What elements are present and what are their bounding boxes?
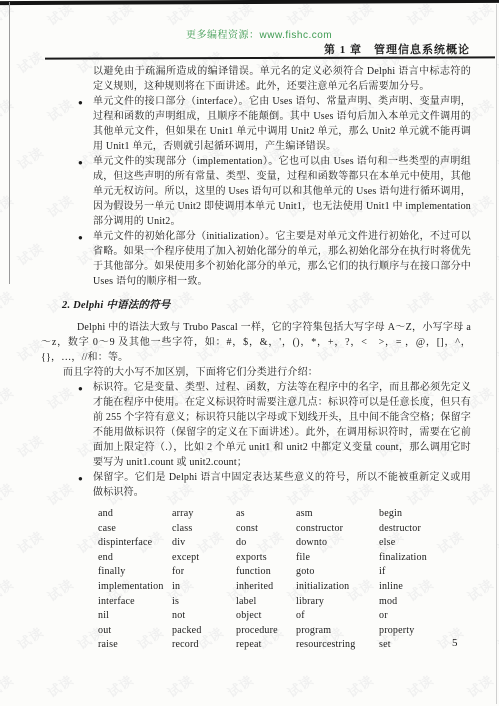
reserved-word-cell: or	[379, 609, 471, 624]
reserved-word-cell: finalization	[379, 551, 471, 566]
reserved-word-cell: of	[296, 609, 379, 624]
reserved-word-cell: and	[98, 507, 172, 522]
list-item-text: 保留字。它们是 Delphi 语言中固定表达某些意义的符号，所以不能被重新定义或…	[93, 472, 471, 498]
reserved-word-cell: packed	[172, 624, 236, 639]
watermark-stamp: 试读	[403, 0, 437, 29]
chapter-header: 第 1 章 管理信息系统概论	[324, 41, 470, 57]
watermark-stamp: 试读	[223, 670, 257, 702]
reserved-word-cell: constructor	[296, 522, 379, 537]
reserved-word-cell: inline	[379, 580, 471, 595]
list-item-text: 单元文件的接口部分（interface）。它由 Uses 语句、常量声明、类声明…	[93, 96, 471, 152]
reserved-word-cell: case	[98, 522, 172, 537]
reserved-word-cell: implementation	[98, 580, 172, 595]
scanned-document-page: 试读试读试读试读试读试读试读试读试读试读试读试读试读试读试读试读试读试读试读试读…	[0, 0, 499, 706]
bullet-icon: ●	[78, 155, 83, 170]
reserved-word-cell: record	[172, 638, 236, 653]
reserved-word-cell: raise	[98, 638, 172, 653]
list-item: ● 单元文件的实现部分（implementation）。它也可以由 Uses 语…	[41, 154, 471, 229]
watermark-stamp: 试读	[163, 670, 197, 702]
reserved-word-cell: downto	[296, 536, 379, 551]
list-item-text: 单元文件的初始化部分（initialization）。它主要是对单元文件进行初始…	[93, 231, 471, 287]
watermark-stamp: 试读	[43, 670, 77, 702]
bullet-icon: ●	[78, 381, 83, 396]
bullet-icon: ●	[78, 471, 83, 486]
watermark-stamp: 试读	[163, 0, 197, 29]
watermark-stamp: 试读	[463, 670, 497, 702]
bullet-icon: ●	[78, 95, 83, 110]
reserved-word-cell: function	[236, 565, 296, 580]
reserved-word-cell: initialization	[296, 580, 379, 595]
reserved-word-cell: object	[236, 609, 296, 624]
watermark-stamp: 试读	[223, 0, 257, 29]
watermark-stamp: 试读	[0, 382, 17, 414]
reserved-word-cell: begin	[379, 507, 471, 522]
reserved-word-cell: for	[172, 565, 236, 580]
reserved-word-cell: div	[172, 536, 236, 551]
reserved-word-cell: const	[236, 522, 296, 537]
bullet-icon: ●	[78, 230, 83, 245]
paragraph-continuation: 以避免由于疏漏所造成的编译错误。单元名的定义必须符合 Delphi 语言中标志符…	[93, 64, 471, 94]
paragraph: 而且字符的大小写不加区别，下面将它们分类进行介绍：	[41, 365, 471, 380]
reserved-word-cell: file	[296, 551, 379, 566]
reserved-word-cell: if	[379, 565, 471, 580]
watermark-stamp: 试读	[0, 478, 17, 510]
reserved-word-cell: as	[236, 507, 296, 522]
reserved-word-cell: else	[379, 536, 471, 551]
header-rule	[45, 56, 495, 59]
list-item: ● 标识符。它是变量、类型、过程、函数，方法等在程序中的名字，而且都必须先定义才…	[41, 380, 471, 470]
watermark-stamp: 试读	[0, 574, 17, 606]
watermark-stamp: 试读	[343, 670, 377, 702]
reserved-word-cell: interface	[98, 595, 172, 610]
reserved-word-cell: procedure	[236, 624, 296, 639]
list-item: ● 单元文件的接口部分（interface）。它由 Uses 语句、常量声明、类…	[41, 94, 471, 154]
reserved-word-cell: asm	[296, 507, 379, 522]
scan-left-edge	[9, 2, 10, 284]
watermark-stamp: 试读	[283, 0, 317, 29]
body-text: 以避免由于疏漏所造成的编译错误。单元名的定义必须符合 Delphi 语言中标志符…	[41, 64, 471, 653]
list-item: ● 保留字。它们是 Delphi 语言中固定表达某些意义的符号，所以不能被重新定…	[41, 470, 471, 500]
reserved-word-cell: resourcestring	[296, 638, 379, 653]
reserved-word-cell: is	[172, 595, 236, 610]
watermark-stamp: 试读	[463, 0, 497, 29]
promo-link: 更多编程资源：www.fishc.com	[186, 26, 332, 41]
reserved-word-cell: library	[296, 595, 379, 610]
reserved-word-cell: out	[98, 624, 172, 639]
reserved-word-cell: except	[172, 551, 236, 566]
reserved-word-cell: class	[172, 522, 236, 537]
watermark-stamp: 试读	[283, 670, 317, 702]
reserved-word-cell: repeat	[236, 638, 296, 653]
watermark-stamp: 试读	[403, 670, 437, 702]
watermark-stamp: 试读	[343, 0, 377, 29]
scan-top-edge	[0, 0, 499, 5]
list-item-text: 标识符。它是变量、类型、过程、函数，方法等在程序中的名字，而且都必须先定义才能在…	[93, 382, 471, 468]
watermark-stamp: 试读	[0, 670, 17, 702]
scan-right-edge	[496, 4, 497, 704]
page-number: 5	[452, 637, 458, 649]
reserved-word-cell: exports	[236, 551, 296, 566]
watermark-stamp: 试读	[103, 670, 137, 702]
reserved-word-cell: finally	[98, 565, 172, 580]
paragraph: Delphi 中的语法大致与 Trubo Pascal 一样，它的字符集包括大写…	[41, 320, 471, 365]
reserved-word-cell: program	[296, 624, 379, 639]
reserved-word-cell: inherited	[236, 580, 296, 595]
reserved-words-table: andarrayasasmbegincaseclassconstconstruc…	[98, 507, 471, 653]
reserved-word-cell: nil	[98, 609, 172, 624]
list-item-text: 单元文件的实现部分（implementation）。它也可以由 Uses 语句和…	[93, 156, 471, 227]
section-heading: 2. Delphi 中语法的符号	[62, 298, 471, 313]
reserved-word-cell: not	[172, 609, 236, 624]
reserved-word-cell: end	[98, 551, 172, 566]
reserved-word-cell: dispinterface	[98, 536, 172, 551]
list-item: ● 单元文件的初始化部分（initialization）。它主要是对单元文件进行…	[41, 229, 471, 289]
reserved-word-cell: array	[172, 507, 236, 522]
reserved-word-cell: do	[236, 536, 296, 551]
reserved-word-cell: label	[236, 595, 296, 610]
reserved-word-cell: mod	[379, 595, 471, 610]
reserved-word-cell: in	[172, 580, 236, 595]
watermark-stamp: 试读	[0, 286, 17, 318]
reserved-word-cell: goto	[296, 565, 379, 580]
reserved-word-cell: destructor	[379, 522, 471, 537]
